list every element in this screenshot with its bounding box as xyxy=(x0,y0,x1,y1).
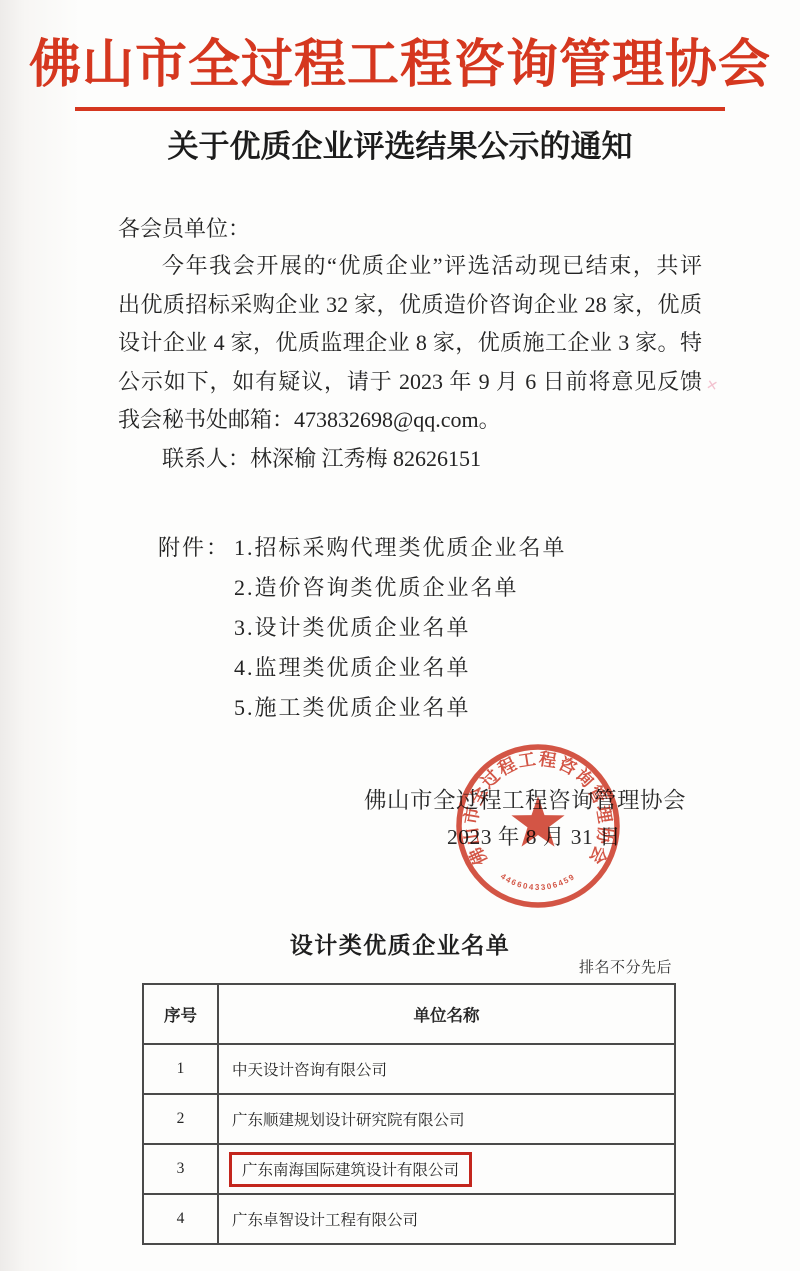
company-name: 广东卓智设计工程有限公司 xyxy=(218,1194,675,1244)
seal-star-icon xyxy=(511,796,564,847)
company-name-cell: 广东南海国际建筑设计有限公司 xyxy=(218,1144,675,1194)
table-row: 4 广东卓智设计工程有限公司 xyxy=(143,1194,675,1244)
company-name: 中天设计咨询有限公司 xyxy=(218,1044,675,1094)
salutation: 各会员单位： xyxy=(118,210,702,249)
highlighted-company-name: 广东南海国际建筑设计有限公司 xyxy=(229,1152,472,1187)
row-number: 2 xyxy=(143,1094,218,1144)
ranking-note: 排名不分先后 xyxy=(579,956,672,977)
contact-line: 联系人：林深榆 江秀梅 82626151 xyxy=(118,440,702,479)
table-row: 2 广东顺建规划设计研究院有限公司 xyxy=(143,1094,675,1144)
company-name: 广东顺建规划设计研究院有限公司 xyxy=(218,1094,675,1144)
table-header-row: 序号 单位名称 xyxy=(143,984,675,1044)
body-line: 设计企业 4 家，优质监理企业 8 家，优质施工企业 3 家。特 xyxy=(118,324,702,363)
design-companies-table: 序号 单位名称 1 中天设计咨询有限公司 2 广东顺建规划设计研究院有限公司 3… xyxy=(142,983,676,1245)
scan-artifact-mark: ✕ xyxy=(704,377,719,396)
body-line-email: 我会秘书处邮箱：473832698@qq.com。 xyxy=(118,401,702,440)
col-header-name: 单位名称 xyxy=(218,984,675,1044)
list-section-title: 设计类优质企业名单 xyxy=(0,927,800,960)
attachment-item: 4.监理类优质企业名单 xyxy=(234,648,567,688)
table-row-highlighted: 3 广东南海国际建筑设计有限公司 xyxy=(143,1144,675,1194)
table-row: 1 中天设计咨询有限公司 xyxy=(143,1044,675,1094)
body-line: 出优质招标采购企业 32 家，优质造价咨询企业 28 家，优质 xyxy=(118,286,702,325)
row-number: 3 xyxy=(143,1144,218,1194)
attachment-item: 5.施工类优质企业名单 xyxy=(234,688,567,728)
svg-text:4466043306459: 4466043306459 xyxy=(499,872,577,892)
notice-body: 今年我会开展的“优质企业”评选活动现已结束，共评 出优质招标采购企业 32 家，… xyxy=(118,247,702,479)
seal-serial-number: 4466043306459 xyxy=(499,872,577,892)
body-line: 公示如下，如有疑议，请于 2023 年 9 月 6 日前将意见反馈 xyxy=(118,363,702,402)
official-seal-stamp: 佛山市全过程工程咨询管理协会 4466043306459 xyxy=(450,738,626,914)
attachment-item: 1.招标采购代理类优质企业名单 xyxy=(234,528,567,568)
letterhead-divider xyxy=(75,107,725,111)
letterhead-org-name: 佛山市全过程工程咨询管理协会 xyxy=(0,22,800,97)
col-header-no: 序号 xyxy=(143,984,218,1044)
attachment-item: 3.设计类优质企业名单 xyxy=(234,608,567,648)
scanned-notice-document: 佛山市全过程工程咨询管理协会 关于优质企业评选结果公示的通知 各会员单位： 今年… xyxy=(0,0,800,1271)
body-line: 今年我会开展的“优质企业”评选活动现已结束，共评 xyxy=(118,247,702,286)
row-number: 4 xyxy=(143,1194,218,1244)
document-title: 关于优质企业评选结果公示的通知 xyxy=(0,121,800,166)
row-number: 1 xyxy=(143,1044,218,1094)
attachments-list: 附件： 1.招标采购代理类优质企业名单 2.造价咨询类优质企业名单 3.设计类优… xyxy=(158,528,567,728)
attachments-label: 附件： xyxy=(158,528,230,728)
attachment-item: 2.造价咨询类优质企业名单 xyxy=(234,568,567,608)
